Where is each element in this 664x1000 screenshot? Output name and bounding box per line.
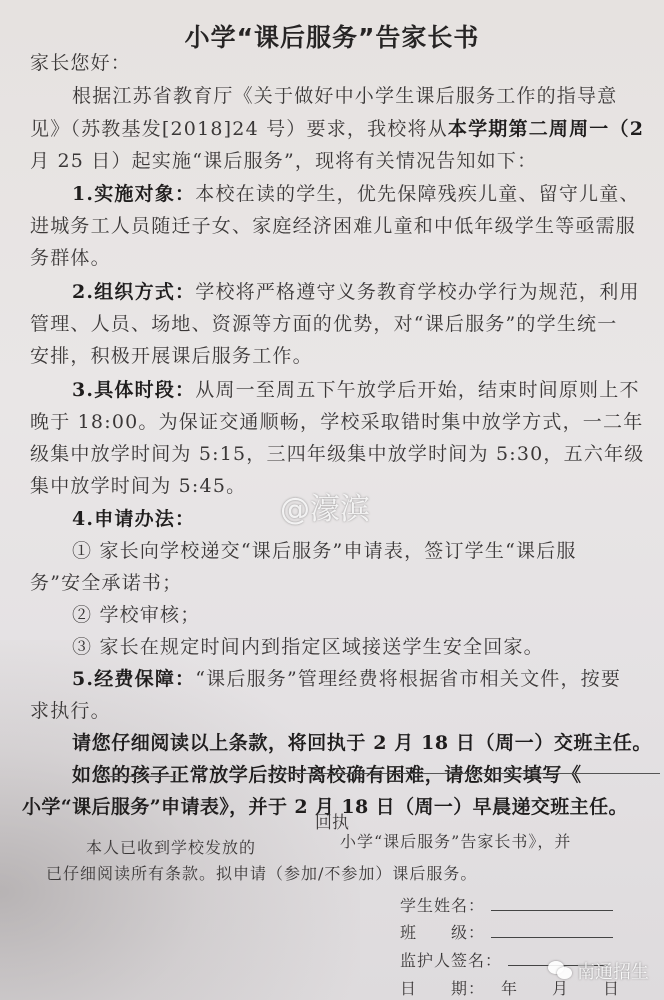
cut-line-left <box>96 776 176 777</box>
watermark-corner: 南通招生 <box>548 958 649 984</box>
section-3: 3.具体时段：从周一至周五下午放学后开始，结束时间原则上不 <box>72 379 652 401</box>
section-4-step: 务”安全承诺书； <box>30 572 650 594</box>
section-1: 1.实施对象：本校在读的学生，优先保障残疾儿童、留守儿童、 <box>72 183 652 205</box>
section-5: 5.经费保障：“课后服务”管理经费将根据省市相关文件，按要 <box>72 668 652 690</box>
notice-return-receipt: 请您仔细阅读以上条款，将回执于 2 月 18 日（周一）交班主任。 <box>72 732 652 754</box>
receipt-line-1a: 本人已收到学校发放的 <box>86 838 256 858</box>
section-4-step: ③ 家长在规定时间内到指定区域接送学生安全回家。 <box>72 636 652 658</box>
receipt-title: 回执 <box>0 808 664 833</box>
student-name-field[interactable]: 学生姓名： <box>400 893 613 916</box>
section-3-line: 级集中放学时间为 5:15，三四年级集中放学时间为 5:30，五六年级 <box>30 443 650 465</box>
class-field[interactable]: 班 级： <box>400 920 613 943</box>
watermark-center: @濠滨 <box>280 484 370 528</box>
wechat-icon <box>548 961 574 981</box>
receipt-line-2: 已仔细阅读所有条款。拟申请（参加/不参加）课后服务。 <box>46 864 477 884</box>
page-title: 小学“课后服务”告家长书 <box>0 18 664 54</box>
section-1-line: 务群体。 <box>30 247 650 269</box>
section-3-line: 晚于 18:00。为保证交通顺畅，学校采取错时集中放学方式，一二年 <box>30 411 650 433</box>
student-name-blank[interactable] <box>491 896 613 911</box>
notice-application: 如您的孩子正常放学后按时离校确有困难，请您如实填写《 <box>72 764 652 786</box>
class-blank[interactable] <box>491 923 613 938</box>
intro-line-2: 见》（苏教基发[2018]24 号）要求，我校将从本学期第二周周一（2 <box>30 118 650 140</box>
greeting: 家长您好： <box>30 52 650 74</box>
receipt-line-1b: 小学“课后服务”告家长书》，并 <box>340 832 571 852</box>
section-4-step: ① 家长向学校递交“课后服务”申请表，签订学生“课后服 <box>72 540 652 562</box>
section-2-line: 管理、人员、场地、资源等方面的优势，对“课后服务”的学生统一 <box>30 313 650 335</box>
section-2: 2.组织方式：学校将严格遵守义务教育学校办学行为规范，利用 <box>72 281 652 303</box>
section-4-step: ② 学校审核； <box>72 604 652 626</box>
intro-line-3: 月 25 日）起实施“课后服务”，现将有关情况告知如下： <box>30 150 650 172</box>
section-1-line: 进城务工人员随迁子女、家庭经济困难儿童和中低年级学生等亟需服 <box>30 215 650 237</box>
intro-line-1: 根据江苏省教育厅《关于做好中小学生课后服务工作的指导意 <box>72 85 652 107</box>
cut-line-right <box>268 773 660 774</box>
section-2-line: 安排，积极开展课后服务工作。 <box>30 345 650 367</box>
start-date-highlight: 本学期第二周周一（2 <box>448 118 644 140</box>
section-5-line: 求执行。 <box>30 700 650 722</box>
